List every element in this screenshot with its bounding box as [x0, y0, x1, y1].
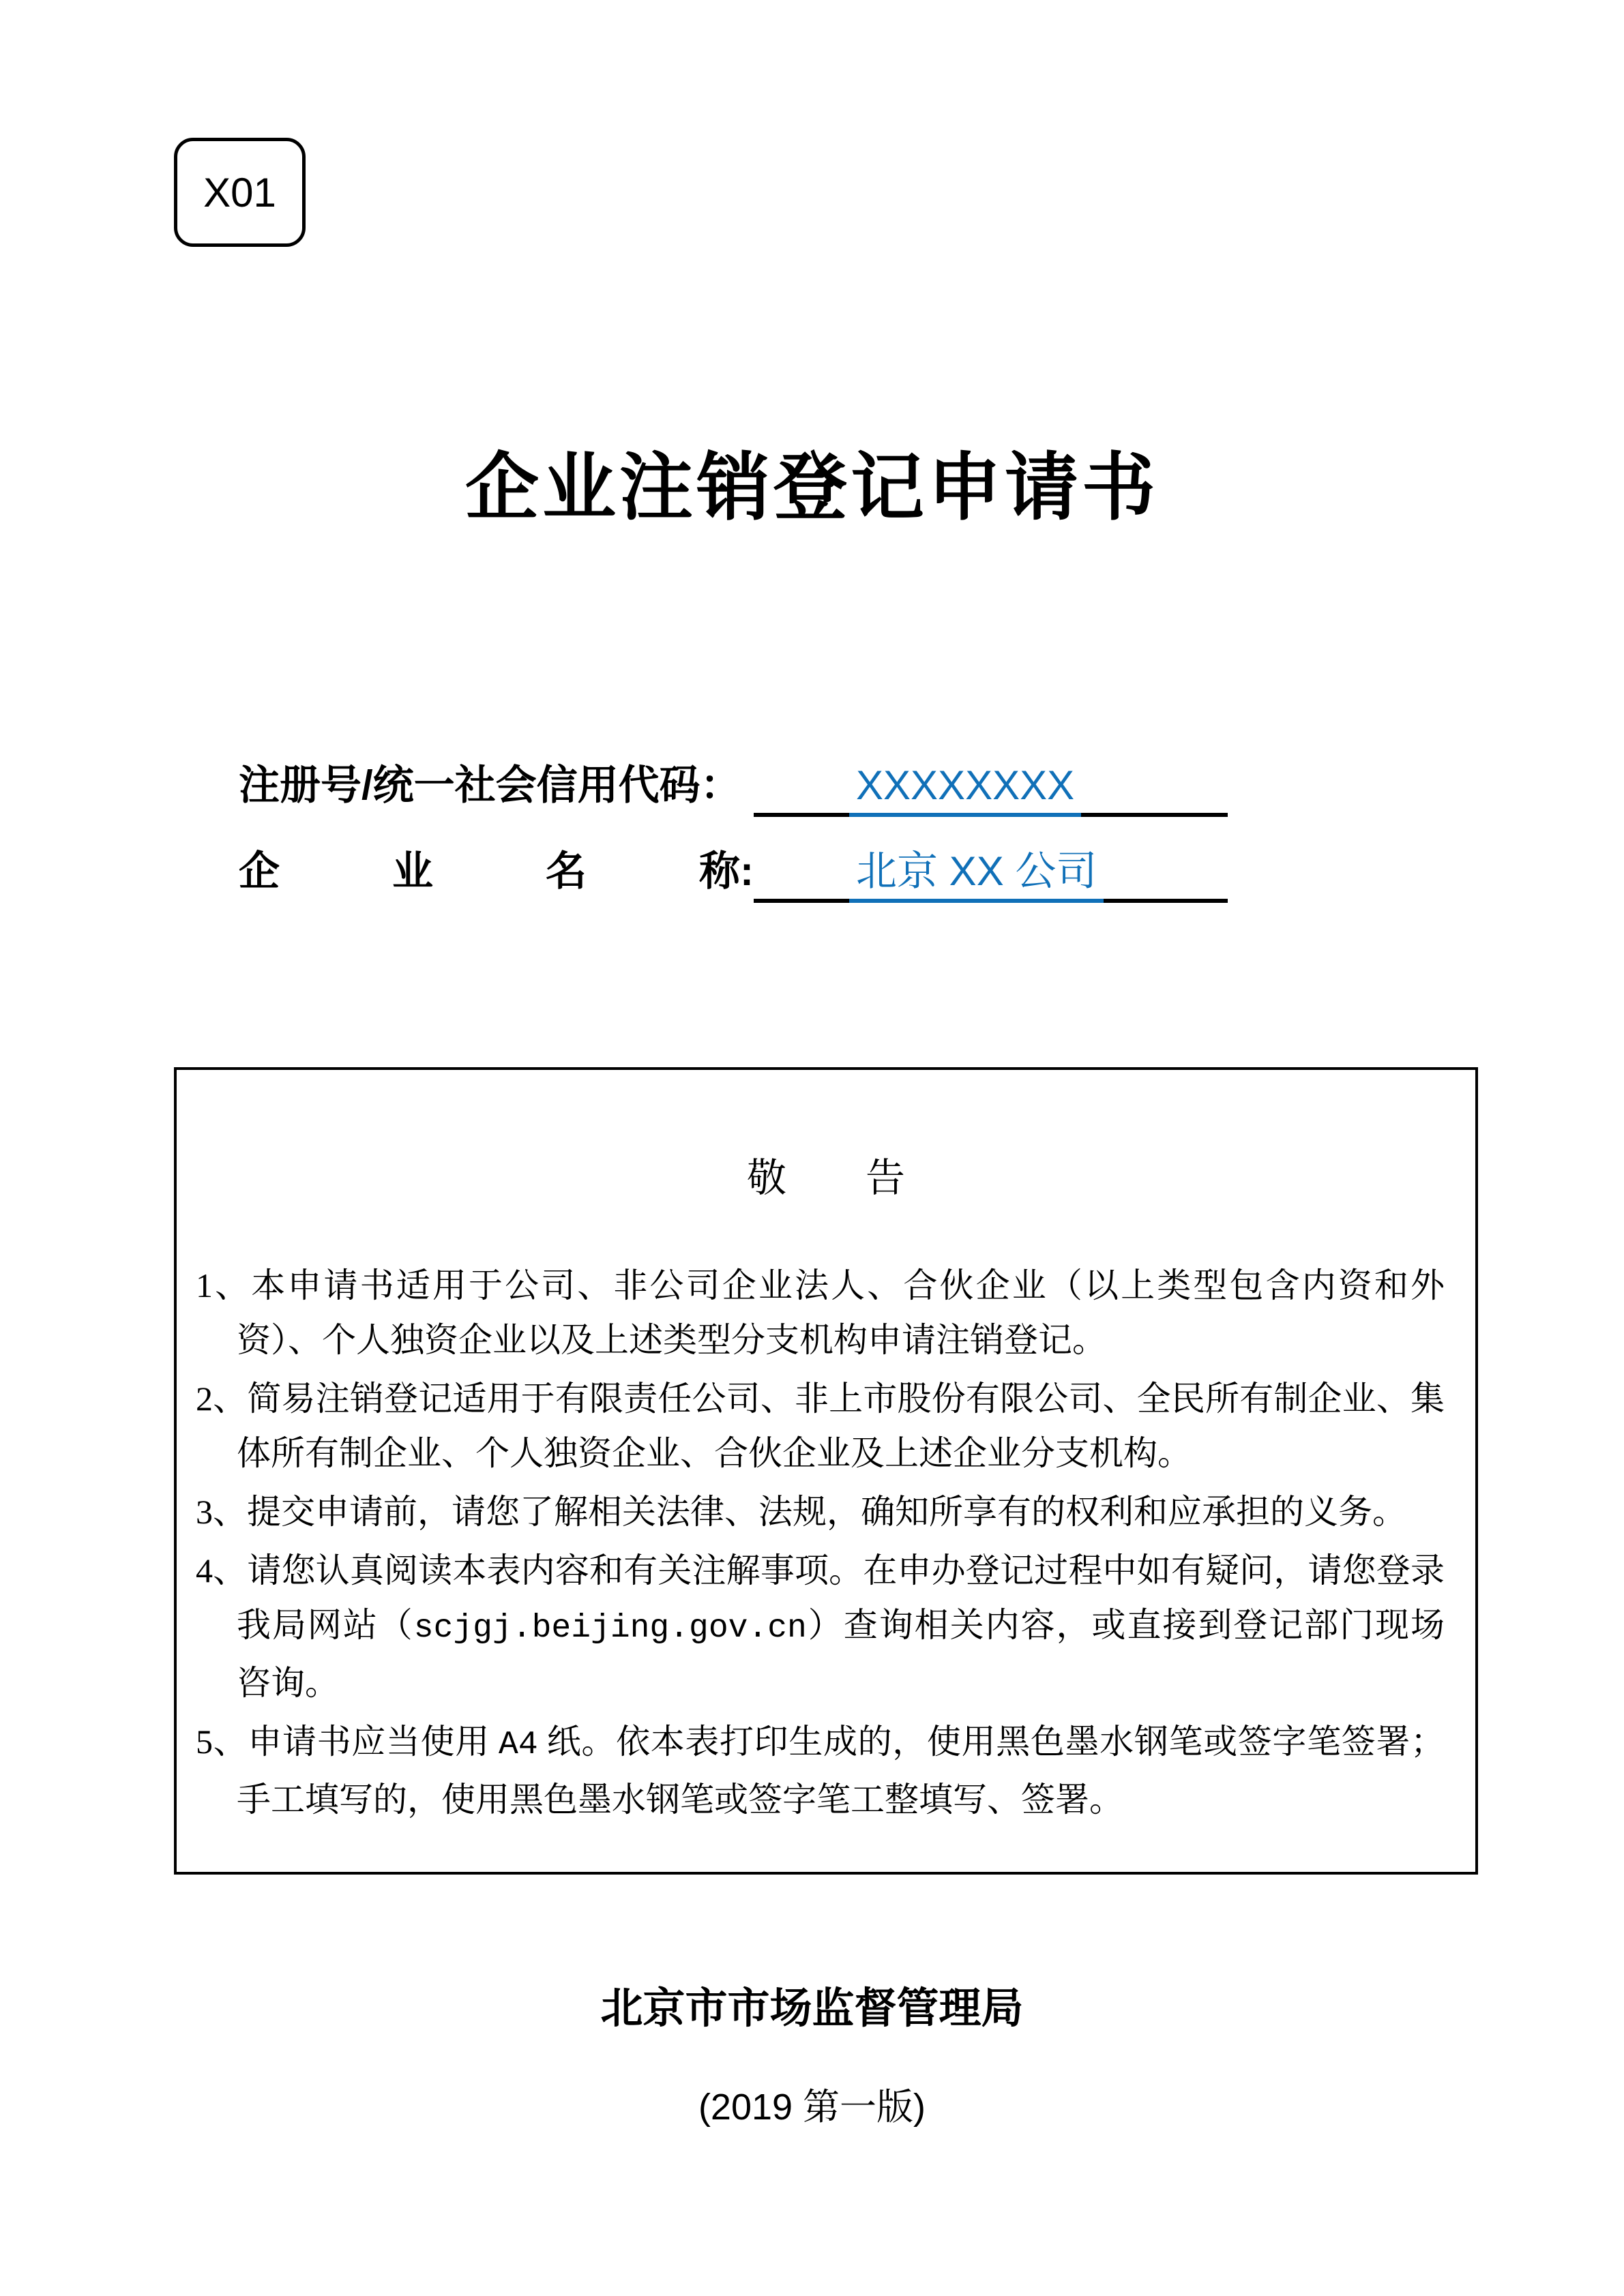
field-label-token: 名 [546, 851, 587, 892]
notice-list: 1、本申请书适用于公司、非公司企业法人、合伙企业（以上类型包含内资和外资）、个人… [177, 1258, 1475, 1827]
notice-item-text: 提交申请前，请您了解相关法律、法规，确知所享有的权利和应承担的义务。 [247, 1493, 1406, 1531]
notice-item-text: 简易注销登记适用于有限责任公司、非上市股份有限公司、全民所有制企业、集体所有制企… [237, 1380, 1445, 1472]
blank-underline-right [1081, 813, 1228, 817]
form-version: (2019 第一版) [0, 2078, 1624, 2130]
notice-box: 敬 告 1、本申请书适用于公司、非公司企业法人、合伙企业（以上类型包含内资和外资… [174, 1067, 1478, 1875]
field-label-token: 企 [239, 851, 280, 892]
field-row-1: 企业名称:北京 XX 公司 [239, 851, 1228, 903]
filled-value-text: 北京 XX 公司 [849, 851, 1104, 903]
notice-item-1: 1、本申请书适用于公司、非公司企业法人、合伙企业（以上类型包含内资和外资）、个人… [196, 1258, 1445, 1367]
field-label-token: 业 [392, 851, 433, 892]
form-code-badge: X01 [174, 138, 306, 247]
notice-item-number: 1、 [196, 1266, 251, 1304]
form-title: 企业注销登记申请书 [0, 428, 1624, 534]
header-fields: 注册号/统一社会信用代码：XXXXXXXX企业名称:北京 XX 公司 [239, 765, 1228, 903]
notice-item-text: 本申请书适用于公司、非公司企业法人、合伙企业（以上类型包含内资和外资）、个人独资… [237, 1266, 1445, 1359]
field-label: 注册号/统一社会信用代码： [239, 765, 754, 817]
filled-value-text: XXXXXXXX [849, 765, 1081, 817]
notice-item-5: 5、申请书应当使用 A4 纸。依本表打印生成的，使用黑色墨水钢笔或签字笔签署；手… [196, 1714, 1445, 1827]
notice-item-4: 4、请您认真阅读本表内容和有关注解事项。在申办登记过程中如有疑问，请您登录我局网… [196, 1543, 1445, 1710]
field-label-token: 称: [699, 851, 754, 892]
deregistration-form-page: X01 企业注销登记申请书 注册号/统一社会信用代码：XXXXXXXX企业名称:… [0, 0, 1624, 2296]
blank-underline-left [754, 899, 849, 903]
notice-item-latin-text: A4 [499, 1727, 538, 1763]
field-label: 企业名称: [239, 851, 754, 903]
issuing-authority: 北京市市场监督管理局 [0, 1974, 1624, 2035]
notice-item-latin-text: scjgj.beijing.gov.cn [414, 1610, 807, 1647]
field-label-token: 注册号/统一社会信用代码： [239, 765, 741, 806]
blank-underline-left [754, 813, 849, 817]
field-value-line: XXXXXXXX [754, 765, 1228, 817]
blank-underline-right [1104, 899, 1228, 903]
notice-item-number: 3、 [196, 1493, 247, 1531]
notice-item-text: 申请书应当使用 [248, 1723, 499, 1761]
field-value-line: 北京 XX 公司 [754, 851, 1228, 903]
notice-item-number: 5、 [196, 1723, 248, 1761]
notice-item-3: 3、提交申请前，请您了解相关法律、法规，确知所享有的权利和应承担的义务。 [196, 1485, 1445, 1539]
notice-item-number: 2、 [196, 1380, 247, 1418]
notice-heading: 敬 告 [177, 1159, 1475, 1198]
notice-item-2: 2、简易注销登记适用于有限责任公司、非上市股份有限公司、全民所有制企业、集体所有… [196, 1371, 1445, 1480]
notice-item-number: 4、 [196, 1551, 247, 1590]
field-row-0: 注册号/统一社会信用代码：XXXXXXXX [239, 765, 1228, 817]
